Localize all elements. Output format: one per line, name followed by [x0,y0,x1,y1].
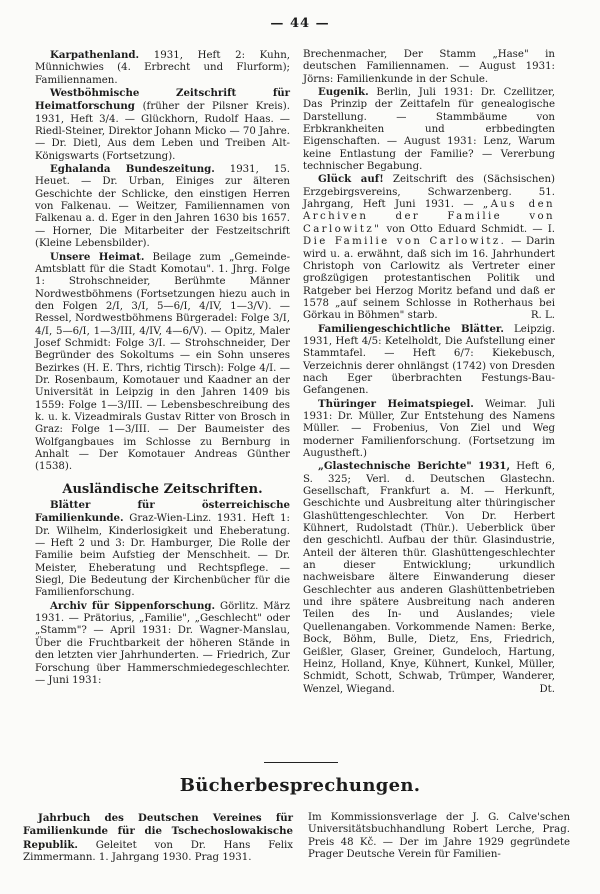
entry-title: Thüringer Heimatspiegel. [318,398,474,410]
book-review-left: Jahrbuch des Deutschen Vereines für Fami… [23,812,293,864]
book-review-text: Im Kommissionsverlage der J. G. Calve'sc… [308,812,570,861]
author-signature: R. L. [516,310,555,322]
book-review-entry: Jahrbuch des Deutschen Vereines für Fami… [23,812,293,864]
entry-text: Berlin, Juli 1931: Dr. Czellitzer, Das P… [303,87,555,172]
entry-text: von Otto Eduard Schmidt. — I. [381,224,555,235]
entry-title: Familiengeschichtliche Blätter. [318,323,504,335]
book-review-right: Im Kommissionsverlage der J. G. Calve'sc… [308,812,570,861]
entry-title: „Glastechnische Berichte" 1931, [318,460,510,472]
periodical-entry: Unsere Heimat. Beilage zum „Gemeinde-Amt… [35,251,290,474]
section-heading-foreign-periodicals: Ausländische Zeitschriften. [35,484,290,496]
entry-text: Graz-Wien-Linz. 1931. Heft 1: Dr. Wilhel… [35,513,290,598]
entry-title: Glück auf! [318,173,384,185]
entry-title: Eghalanda Bundeszeitung. [50,163,215,175]
entry-text: Görlitz. März 1931. — Prätorius, „Famili… [35,601,290,686]
periodical-entry: Blätter für österreichische Familienkund… [35,499,290,600]
entry-text: — Darin wird u. a. erwähnt, daß sich im … [303,236,555,321]
author-signature: Dt. [524,684,555,696]
section-heading-book-reviews: Bücherbesprechungen. [0,775,600,796]
right-column: Brechenmacher, Der Stamm „Hase" in deuts… [303,49,555,696]
periodical-entry: Eghalanda Bundeszeitung. 1931, 15. Heuet… [35,163,290,250]
continuation-text: Brechenmacher, Der Stamm „Hase" in deuts… [303,49,555,86]
periodical-entry: Familiengeschichtliche Blätter. Leipzig.… [303,323,555,398]
periodical-entry: Thüringer Heimatspiegel. Weimar. Juli 19… [303,398,555,461]
periodical-entry: „Glastechnische Berichte" 1931, Heft 6, … [303,460,555,696]
periodical-entry: Eugenik. Berlin, Juli 1931: Dr. Czellitz… [303,86,555,173]
entry-title: Archiv für Sippenforschung. [50,600,215,612]
periodical-entry: Archiv für Sippenforschung. Görlitz. Mär… [35,600,290,687]
entry-title: Eugenik. [318,86,369,98]
periodical-entry: Westböhmische Zeitschrift für Heimatfors… [35,87,290,163]
entry-text: Beilage zum „Gemeinde-Amtsblatt für die … [35,252,290,473]
periodical-entry: Karpathenland. 1931, Heft 2: Kuhn, Münni… [35,49,290,87]
periodical-entry: Glück auf! Zeitschrift des (Sächsischen)… [303,173,555,322]
entry-text: Heft 6, S. 325; Verl. d. Deutschen Glast… [303,461,555,694]
entry-title: Unsere Heimat. [50,251,144,263]
spaced-title: Die Familie von Carlowitz. [303,236,506,247]
left-column: Karpathenland. 1931, Heft 2: Kuhn, Münni… [35,49,290,687]
entry-text: 1931, 15. Heuet. — Dr. Urban, Einiges zu… [35,164,290,249]
section-divider [264,762,338,763]
page-number: — 44 — [0,16,600,31]
entry-title: Karpathenland. [50,49,139,61]
